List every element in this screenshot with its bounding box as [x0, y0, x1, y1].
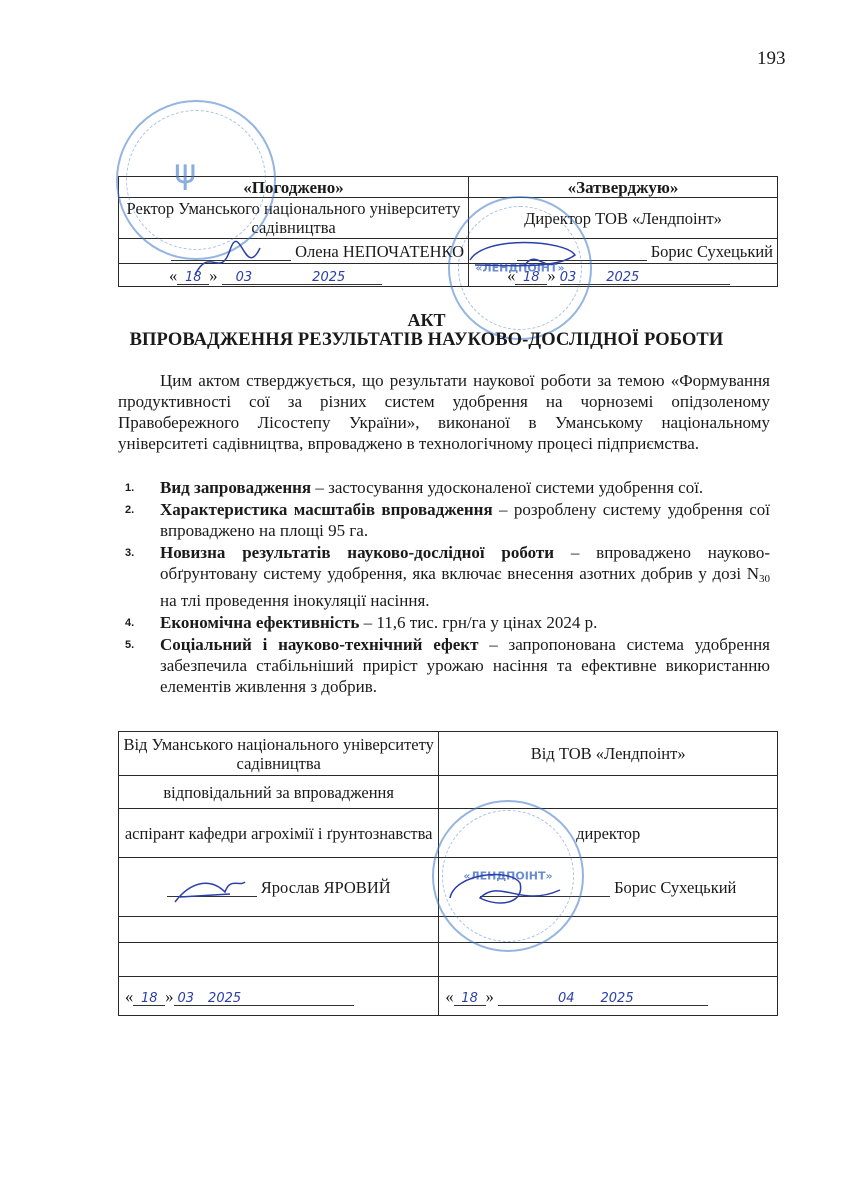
- results-list: 1. Вид запровадження – застосування удос…: [118, 477, 770, 698]
- university-signer-name: Ярослав ЯРОВИЙ: [261, 878, 391, 897]
- date-day: 18: [515, 268, 547, 285]
- item-text-after: на тлі проведення інокуляції насіння.: [160, 591, 430, 610]
- quote-open: «: [507, 266, 515, 285]
- rector-signature-cell: Олена НЕПОЧАТЕНКО: [119, 239, 469, 264]
- university-header: Від Уманського національного університет…: [119, 732, 439, 776]
- intro-paragraph: Цим актом стверджується, що результати н…: [118, 370, 770, 454]
- director-role: Директор ТОВ «Лендпоінт»: [469, 198, 778, 239]
- director-signature-cell: Борис Сухецький: [469, 239, 778, 264]
- item-text: – застосування удосконаленої системи удо…: [311, 478, 703, 497]
- quote-open: «: [125, 987, 133, 1006]
- position-university: аспірант кафедри агрохімії і ґрунтознавс…: [119, 809, 439, 858]
- implementation-table: Від Уманського національного університет…: [118, 731, 778, 1016]
- quote-close: »: [486, 987, 494, 1006]
- document-title: АКТ: [0, 310, 853, 331]
- position-company: директор: [439, 809, 778, 858]
- item-number: 4.: [125, 613, 134, 634]
- agreed-header: «Погоджено»: [119, 177, 469, 198]
- list-item: 1. Вид запровадження – застосування удос…: [118, 477, 770, 498]
- item-number: 5.: [125, 635, 134, 656]
- date-month-year: 032025: [222, 268, 382, 285]
- date-month: 03: [178, 991, 195, 1006]
- date-month-year: 042025: [498, 989, 708, 1006]
- empty-cell: [119, 943, 439, 977]
- approved-header: «Затверджую»: [469, 177, 778, 198]
- date-year: 2025: [312, 270, 345, 285]
- director-date: «18» 032025: [469, 264, 778, 287]
- list-item: 2. Характеристика масштабів впровадження…: [118, 499, 770, 541]
- item-subscript: 30: [759, 573, 770, 585]
- empty-cell: [439, 917, 778, 943]
- date-month: 04: [558, 991, 575, 1006]
- empty-cell: [119, 917, 439, 943]
- signature-line: [167, 880, 257, 897]
- item-number: 1.: [125, 478, 134, 499]
- company-signer-name: Борис Сухецький: [614, 878, 736, 897]
- quote-close: »: [209, 266, 217, 285]
- responsible-empty: [439, 776, 778, 809]
- list-item: 5. Соціальний і науково-технічний ефект …: [118, 634, 770, 697]
- responsible-label: відповідальний за впровадження: [119, 776, 439, 809]
- company-date: «18» 042025: [439, 977, 778, 1016]
- rector-date: «18» 032025: [119, 264, 469, 287]
- quote-open: «: [445, 987, 453, 1006]
- date-year: 2025: [601, 991, 634, 1006]
- quote-open: «: [169, 266, 177, 285]
- date-year: 2025: [208, 991, 241, 1006]
- signature-line: [171, 244, 291, 261]
- document-subtitle: ВПРОВАДЖЕННЯ РЕЗУЛЬТАТІВ НАУКОВО-ДОСЛІДН…: [0, 330, 853, 351]
- item-heading: Соціальний і науково-технічний ефект: [160, 635, 478, 654]
- date-day: 18: [177, 268, 209, 285]
- company-signature-cell: Борис Сухецький: [439, 858, 778, 917]
- empty-cell: [439, 943, 778, 977]
- page-number: 193: [757, 48, 786, 70]
- item-number: 2.: [125, 500, 134, 521]
- approval-table: «Погоджено» «Затверджую» Ректор Умансько…: [118, 176, 778, 287]
- company-header: Від ТОВ «Лендпоінт»: [439, 732, 778, 776]
- signature-line: [517, 244, 647, 261]
- date-month-year: 032025: [174, 989, 354, 1006]
- rector-name: Олена НЕПОЧАТЕНКО: [295, 242, 464, 261]
- quote-close: »: [165, 987, 173, 1006]
- date-month: 03: [560, 270, 577, 285]
- date-month-year: 032025: [560, 268, 730, 285]
- item-heading: Економічна ефективність: [160, 613, 359, 632]
- date-day: 18: [454, 989, 486, 1006]
- list-item: 3. Новизна результатів науково-дослідної…: [118, 542, 770, 611]
- quote-close: »: [547, 266, 555, 285]
- item-number: 3.: [125, 543, 134, 564]
- date-day: 18: [133, 989, 165, 1006]
- item-text: – 11,6 тис. грн/га у цінах 2024 р.: [359, 613, 597, 632]
- list-item: 4. Економічна ефективність – 11,6 тис. г…: [118, 612, 770, 633]
- rector-role: Ректор Уманського національного універси…: [119, 198, 469, 239]
- date-month: 03: [236, 270, 253, 285]
- director-name: Борис Сухецький: [651, 242, 773, 261]
- date-year: 2025: [606, 270, 639, 285]
- item-heading: Характеристика масштабів впровадження: [160, 500, 493, 519]
- signature-line: [480, 880, 610, 897]
- university-date: «18»032025: [119, 977, 439, 1016]
- university-signature-cell: Ярослав ЯРОВИЙ: [119, 858, 439, 917]
- item-heading: Новизна результатів науково-дослідної ро…: [160, 543, 554, 562]
- item-heading: Вид запровадження: [160, 478, 311, 497]
